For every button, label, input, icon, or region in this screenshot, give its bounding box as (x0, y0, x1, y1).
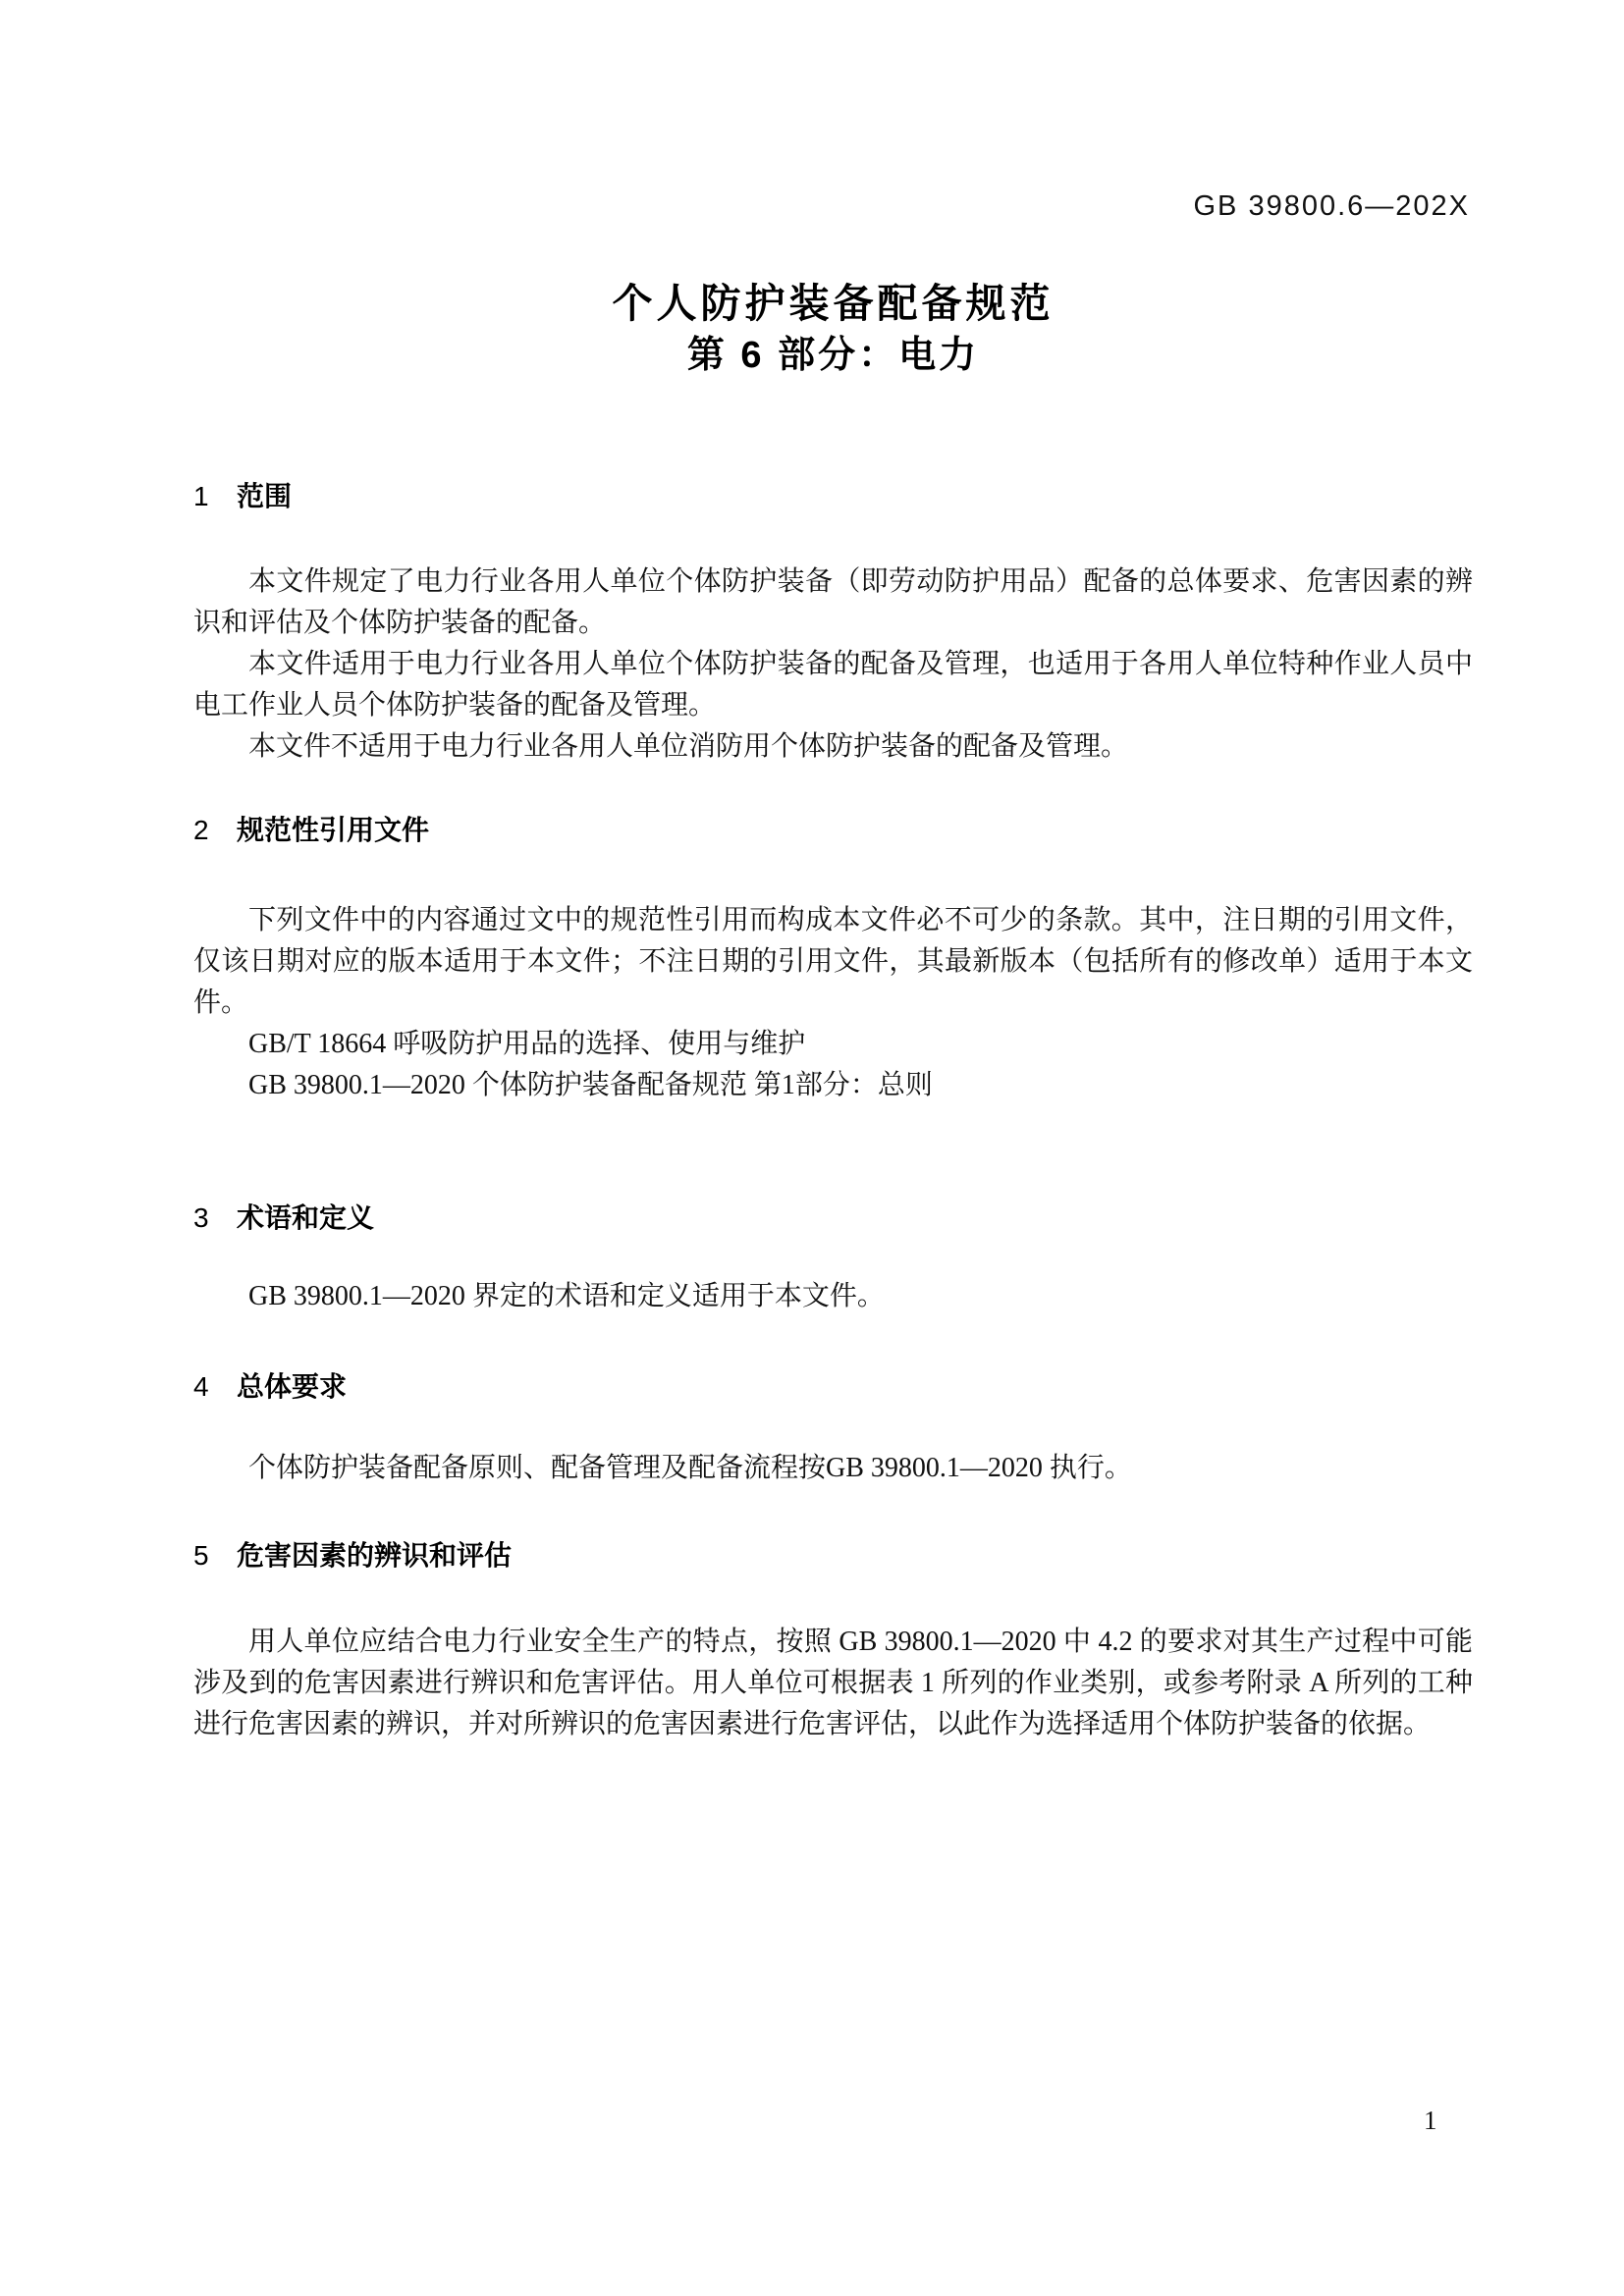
section-4-heading: 4 总体要求 (193, 1372, 1473, 1402)
document-title-line1: 个人防护装备配备规范 (193, 271, 1473, 329)
normative-reference: GB 39800.1—2020 个体防护装备配备规范 第1部分：总则 (193, 1065, 1473, 1106)
normative-reference: GB/T 18664 呼吸防护用品的选择、使用与维护 (193, 1024, 1473, 1065)
paragraph: 本文件适用于电力行业各用人单位个体防护装备的配备及管理，也适用于各用人单位特种作… (193, 644, 1473, 726)
section-5-heading: 5 危害因素的辨识和评估 (193, 1541, 1473, 1571)
section-4-body: 个体防护装备配备原则、配备管理及配备流程按GB 39800.1—2020 执行。 (193, 1448, 1473, 1489)
section-3-body: GB 39800.1—2020 界定的术语和定义适用于本文件。 (193, 1276, 1473, 1317)
section-4-title: 总体要求 (237, 1372, 347, 1402)
section-3-heading: 3 术语和定义 (193, 1203, 1473, 1233)
section-1-title: 范围 (237, 482, 292, 511)
paragraph: 用人单位应结合电力行业安全生产的特点，按照 GB 39800.1—2020 中 … (193, 1622, 1473, 1745)
section-1-heading: 1 范围 (193, 482, 1473, 511)
paragraph: 本文件规定了电力行业各用人单位个体防护装备（即劳动防护用品）配备的总体要求、危害… (193, 561, 1473, 644)
section-5-body: 用人单位应结合电力行业安全生产的特点，按照 GB 39800.1—2020 中 … (193, 1622, 1473, 1745)
section-2-title: 规范性引用文件 (237, 816, 429, 845)
document-title-line2: 第 6 部分：电力 (193, 324, 1473, 378)
paragraph: GB 39800.1—2020 界定的术语和定义适用于本文件。 (193, 1276, 1473, 1317)
standard-number: GB 39800.6—202X (193, 190, 1470, 223)
document-page: GB 39800.6—202X 个人防护装备配备规范 第 6 部分：电力 1 范… (0, 0, 1624, 2296)
section-3-title: 术语和定义 (237, 1203, 374, 1233)
paragraph: 本文件不适用于电力行业各用人单位消防用个体防护装备的配备及管理。 (193, 726, 1473, 768)
section-5-title: 危害因素的辨识和评估 (237, 1541, 512, 1571)
section-4-number: 4 (193, 1372, 237, 1402)
paragraph: 个体防护装备配备原则、配备管理及配备流程按GB 39800.1—2020 执行。 (193, 1448, 1473, 1489)
section-2-number: 2 (193, 816, 237, 845)
paragraph: 下列文件中的内容通过文中的规范性引用而构成本文件必不可少的条款。其中，注日期的引… (193, 900, 1473, 1024)
section-5-number: 5 (193, 1541, 237, 1571)
section-1-number: 1 (193, 482, 237, 511)
page-number: 1 (1424, 2106, 1437, 2136)
section-2-heading: 2 规范性引用文件 (193, 816, 1473, 845)
section-3-number: 3 (193, 1203, 237, 1233)
section-2-body: 下列文件中的内容通过文中的规范性引用而构成本文件必不可少的条款。其中，注日期的引… (193, 900, 1473, 1106)
section-1-body: 本文件规定了电力行业各用人单位个体防护装备（即劳动防护用品）配备的总体要求、危害… (193, 561, 1473, 768)
